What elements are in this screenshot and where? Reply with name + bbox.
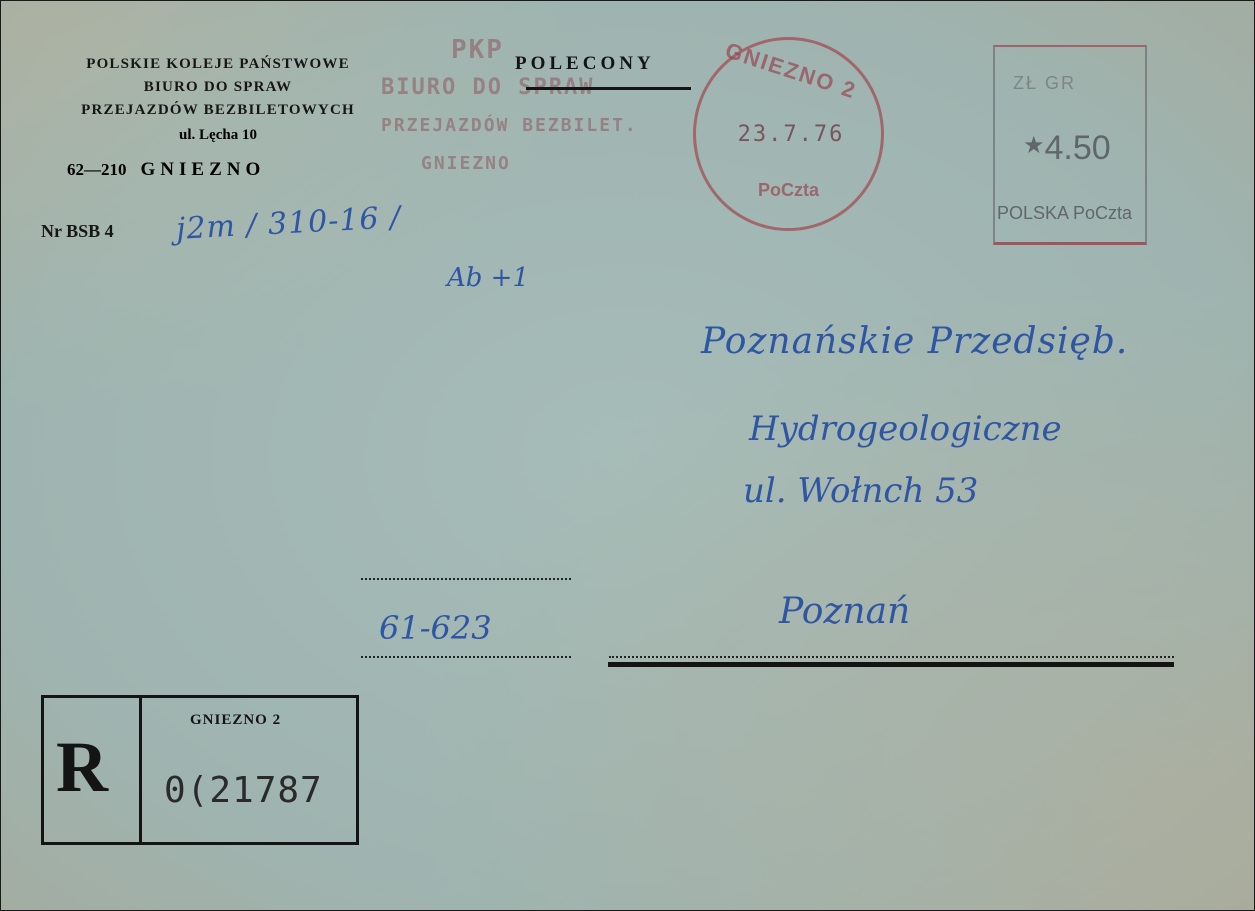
sender-line-1: POLSKIE KOLEJE PAŃSTWOWE <box>33 53 403 76</box>
sender-line-2: BIURO DO SPRAW <box>33 76 403 99</box>
star-icon: ★ <box>1023 132 1045 159</box>
sender-block: POLSKIE KOLEJE PAŃSTWOWE BIURO DO SPRAW … <box>33 53 403 144</box>
sender-line-3: PRZEJAZDÓW BEZBILETOWYCH <box>33 99 403 122</box>
zip-dotted-line-top <box>361 578 571 580</box>
service-underline <box>526 87 691 90</box>
meter-value: ★4.50 <box>1023 129 1111 168</box>
handwritten-reference-suffix: Ab +1 <box>447 263 529 293</box>
recipient-line-3: ul. Wołnch 53 <box>743 471 978 511</box>
postage-meter-stamp: ZŁ GR ★4.50 POLSKA PoCzta <box>993 45 1147 245</box>
recipient-line-2: Hydrogeologiczne <box>749 409 1062 449</box>
sender-city: GNIEZNO <box>141 159 266 180</box>
envelope: PKP BIURO DO SPRAW PRZEJAZDÓW BEZBILET. … <box>0 0 1255 911</box>
postmark-office: GNIEZNO 2 <box>716 35 867 106</box>
registration-office: GNIEZNO 2 <box>190 712 281 729</box>
postmark-footer: PoCzta <box>726 180 851 201</box>
city-dotted-line <box>609 656 1174 658</box>
sender-city-row: 62—210GNIEZNO <box>67 159 265 181</box>
recipient-zip: 61-623 <box>379 609 492 647</box>
handwritten-reference: j2m / 310-16 / <box>175 200 402 247</box>
postmark-date: 23.7.76 <box>736 122 846 147</box>
registration-number: 0(21787 <box>164 770 323 811</box>
circular-postmark: GNIEZNO 2 23.7.76 PoCzta <box>693 37 884 231</box>
registration-letter-box: R <box>44 698 142 842</box>
reference-number-label: Nr BSB 4 <box>41 221 114 242</box>
recipient-city: Poznań <box>779 591 910 632</box>
service-type-label: POLECONY <box>515 53 655 75</box>
sender-zip: 62—210 <box>67 160 127 179</box>
registration-letter: R <box>56 726 108 809</box>
sender-street: ul. Lęcha 10 <box>33 127 403 144</box>
city-underline <box>608 662 1174 667</box>
registration-label: R GNIEZNO 2 0(21787 <box>41 695 359 845</box>
zip-dotted-line-bottom <box>361 656 571 658</box>
meter-footer: POLSKA PoCzta <box>997 203 1132 224</box>
recipient-line-1: Poznańskie Przedsięb. <box>701 321 1128 362</box>
meter-currency: ZŁ GR <box>1013 73 1076 94</box>
